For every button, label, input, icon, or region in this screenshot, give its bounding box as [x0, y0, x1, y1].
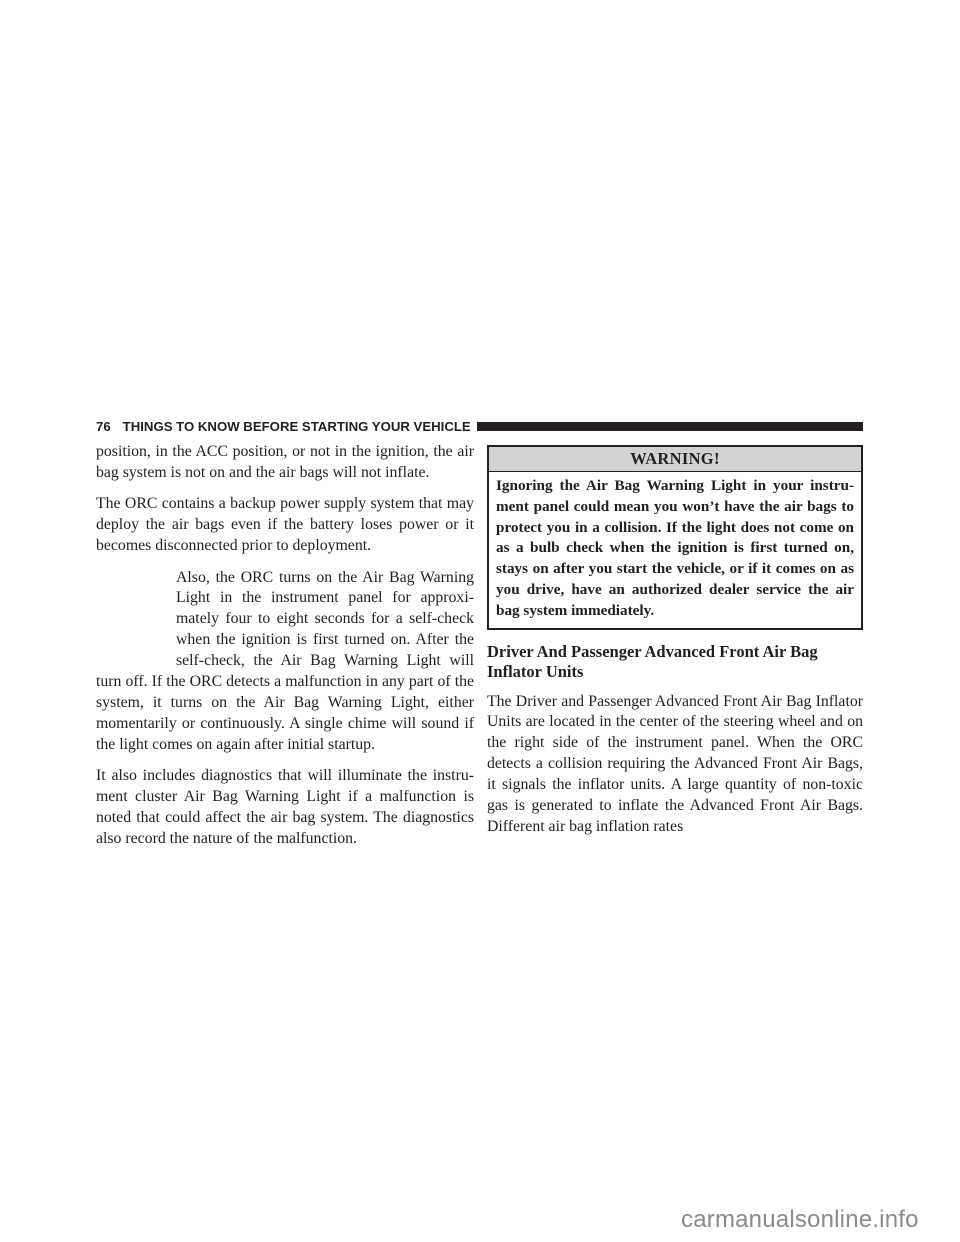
paragraph: position, in the ACC position, or not in…	[96, 442, 474, 484]
warning-body: Ignoring the Air Bag Warning Light in yo…	[489, 472, 861, 628]
page-number: 76	[96, 419, 111, 434]
warning-box: WARNING! Ignoring the Air Bag Warning Li…	[487, 445, 863, 630]
warning-title: WARNING!	[489, 447, 861, 472]
air-bag-warning-light-icon	[96, 568, 170, 652]
header-rule	[477, 422, 863, 431]
section-heading: Driver And Passenger Advanced Front Air …	[487, 642, 863, 683]
right-column: WARNING! Ignoring the Air Bag Warning Li…	[487, 445, 863, 848]
paragraph-with-icon: Also, the ORC turns on the Air Bag Warni…	[96, 568, 474, 756]
chapter-title: THINGS TO KNOW BEFORE STARTING YOUR VEHI…	[123, 419, 471, 434]
left-column: position, in the ACC position, or not in…	[96, 442, 474, 860]
paragraph: The Driver and Passenger Advanced Front …	[487, 692, 863, 838]
paragraph: The ORC contains a backup power supply s…	[96, 494, 474, 557]
running-head: 76 THINGS TO KNOW BEFORE STARTING YOUR V…	[96, 416, 863, 436]
paragraph: It also includes diagnostics that will i…	[96, 766, 474, 850]
watermark: carmanualsonline.info	[681, 1206, 919, 1234]
